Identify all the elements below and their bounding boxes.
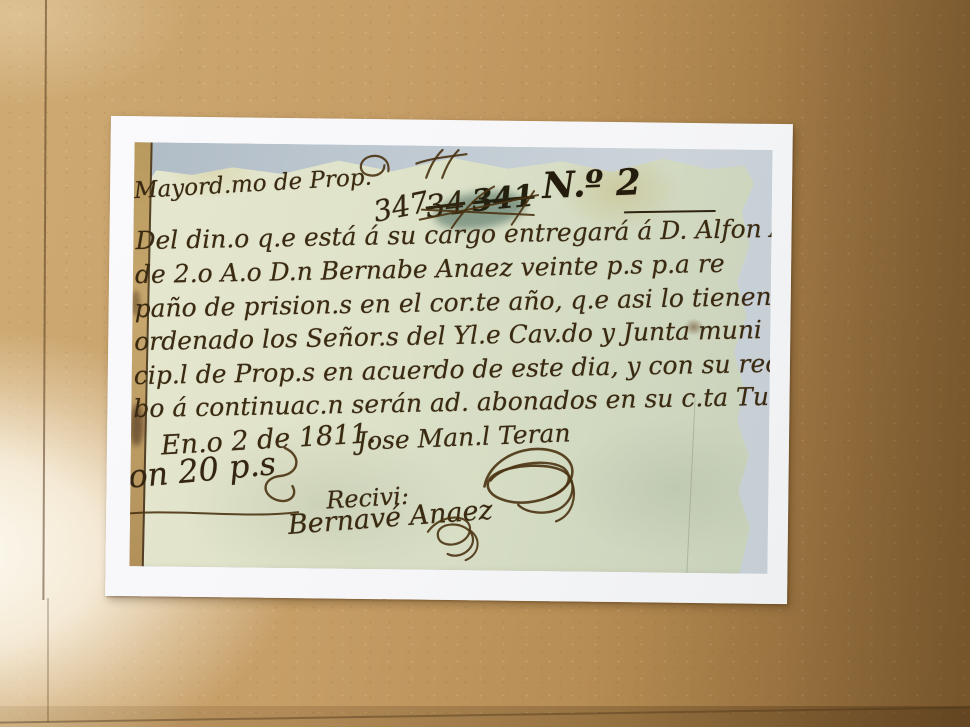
kraft-fold-line-lower xyxy=(47,598,49,722)
kraft-paper-background: Mayord.mo de Prop. 347 34 341 N.º 2 Del … xyxy=(0,0,970,727)
amount-underline-icon xyxy=(129,502,304,524)
received-rubric-icon xyxy=(419,508,490,567)
manuscript-body-line: de 2.o A.o D.n Bernabe Anaez veinte p.s … xyxy=(135,249,725,289)
manuscript-header-title: Mayord.mo de Prop. xyxy=(133,164,372,204)
crosshatch-mark-icon xyxy=(412,148,468,185)
photo-image-area: Mayord.mo de Prop. 347 34 341 N.º 2 Del … xyxy=(129,142,772,574)
document-number: N.º 2 xyxy=(541,161,641,207)
document-number-dash xyxy=(624,210,716,214)
handwriting-layer: Mayord.mo de Prop. 347 34 341 N.º 2 Del … xyxy=(129,142,772,574)
photo-print: Mayord.mo de Prop. 347 34 341 N.º 2 Del … xyxy=(105,116,793,604)
